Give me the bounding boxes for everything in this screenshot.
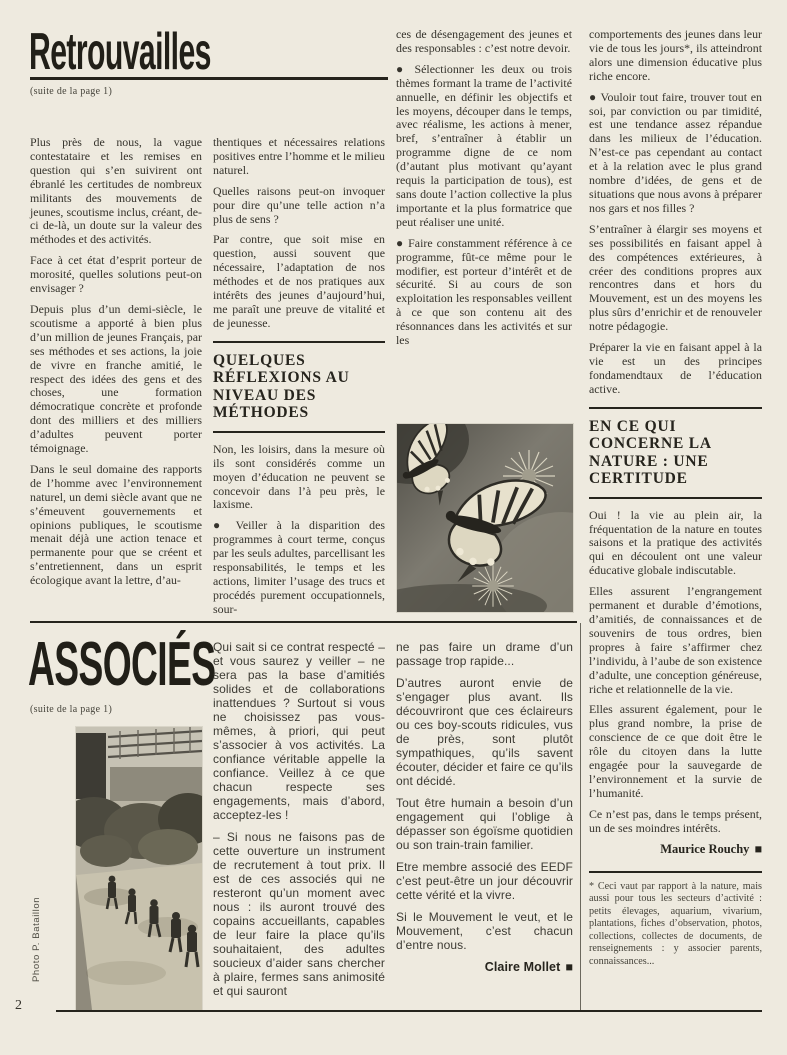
article-title-retrouvailles: Retrouvailles	[29, 26, 211, 78]
associes-column-2: ne pas faire un drame d’un passage trop …	[396, 640, 573, 974]
section-heading-nature: EN CE QUI CONCERNE LA NATURE : UNE CERTI…	[589, 407, 762, 499]
footnote: * Ceci vaut par rapport à la nature, mai…	[589, 871, 762, 969]
butterfly-photo	[397, 424, 573, 612]
body-paragraph: Quelles raisons peut-on invoquer pour di…	[213, 185, 385, 227]
article-title-associes: ASSOCIÉS	[28, 634, 215, 696]
continuation-note: (suite de la page 1)	[30, 86, 112, 97]
photo-credit: Photo P. Bataillon	[31, 862, 42, 982]
byline-maurice-rouchy: Maurice Rouchy■	[589, 843, 762, 857]
body-paragraph: thentiques et nécessaires relations posi…	[213, 136, 385, 178]
byline-claire-mollet: Claire Mollet■	[396, 960, 573, 974]
body-paragraph: ces de désengagement des jeunes et des r…	[396, 28, 572, 56]
author-name: Claire Mollet	[485, 960, 561, 974]
body-paragraph: Ce n’est pas, dans le temps présent, un …	[589, 808, 762, 836]
body-paragraph: Par contre, que soit mise en question, a…	[213, 233, 385, 330]
retrouvailles-column-4: comportements des jeunes dans leur vie d…	[589, 28, 762, 969]
body-paragraph: – Si nous ne faisons pas de cette ouvert…	[213, 830, 385, 998]
body-paragraph: Face à cet état d’esprit porteur de moro…	[30, 254, 202, 296]
body-paragraph: Si le Mouvement le veut, et le Mouvement…	[396, 910, 573, 952]
magazine-page: Retrouvailles (suite de la page 1) Plus …	[0, 0, 787, 1055]
body-paragraph: ● Veiller à la disparition des programme…	[213, 519, 385, 616]
title-rule	[30, 77, 388, 80]
body-paragraph: Préparer la vie en faisant appel à la vi…	[589, 341, 762, 397]
body-paragraph: Elles assurent également, pour le plus g…	[589, 703, 762, 800]
retrouvailles-column-1: Plus près de nous, la vague contestatair…	[30, 136, 202, 595]
bottom-rule	[56, 1010, 762, 1012]
body-paragraph: Plus près de nous, la vague contestatair…	[30, 136, 202, 247]
body-paragraph: comportements des jeunes dans leur vie d…	[589, 28, 762, 84]
body-paragraph: ● Faire constamment référence à ce progr…	[396, 237, 572, 348]
continuation-note: (suite de la page 1)	[30, 704, 112, 715]
hikers-photo	[76, 727, 202, 1010]
body-paragraph: Non, les loisirs, dans la mesure où ils …	[213, 443, 385, 513]
body-paragraph: ne pas faire un drame d’un passage trop …	[396, 640, 573, 668]
body-paragraph: ● Sélectionner les deux ou trois thèmes …	[396, 63, 572, 230]
end-square-icon: ■	[565, 960, 573, 974]
body-paragraph: Dans le seul domaine des rapports de l’h…	[30, 463, 202, 588]
author-name: Maurice Rouchy	[660, 842, 749, 856]
body-paragraph: Depuis plus d’un demi-siècle, le scoutis…	[30, 303, 202, 456]
body-paragraph: Oui ! la vie au plein air, la fréquentat…	[589, 509, 762, 579]
hikers-photo-graphic	[76, 727, 202, 1010]
body-paragraph: D’autres auront envie de s’engager plus …	[396, 676, 573, 788]
body-paragraph: S’entraîner à élargir ses moyens et ses …	[589, 223, 762, 334]
body-paragraph: Elles assurent l’engrangement permanent …	[589, 585, 762, 696]
section-heading-methods: QUELQUES RÉFLEXIONS AU NIVEAU DES MÉTHOD…	[213, 341, 385, 433]
body-paragraph: Qui sait si ce contrat respecté – et vou…	[213, 640, 385, 822]
retrouvailles-column-3: ces de désengagement des jeunes et des r…	[396, 28, 572, 355]
body-paragraph: ● Vouloir tout faire, trouver tout en so…	[589, 91, 762, 216]
associes-column-1: Qui sait si ce contrat respecté – et vou…	[213, 640, 385, 1006]
butterfly-photo-graphic	[397, 424, 573, 612]
body-paragraph: Etre membre associé des EEDF c’est peut-…	[396, 860, 573, 902]
page-number: 2	[15, 998, 22, 1014]
retrouvailles-column-2: thentiques et nécessaires relations posi…	[213, 136, 385, 624]
column-divider-rule	[580, 623, 581, 1010]
section-divider-rule	[30, 621, 577, 623]
end-square-icon: ■	[754, 843, 762, 857]
body-paragraph: Tout être humain a besoin d’un engagemen…	[396, 796, 573, 852]
